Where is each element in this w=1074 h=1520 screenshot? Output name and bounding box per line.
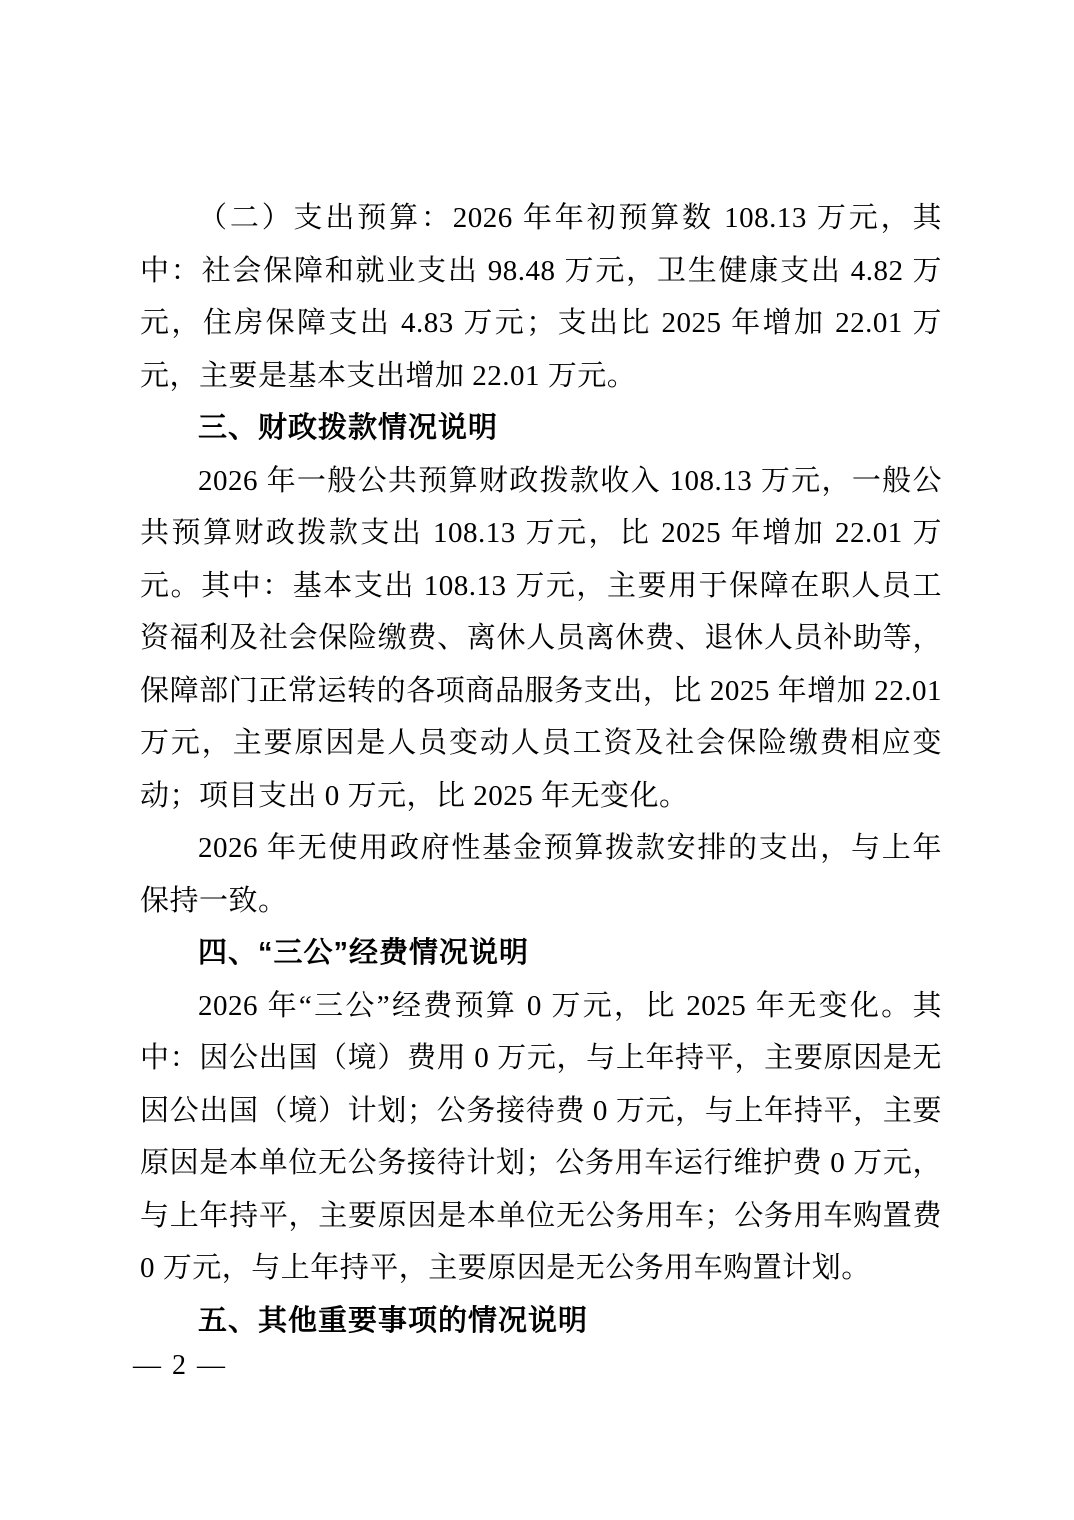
document-page-background: { "page": { "background_color": "#ffffff… <box>0 0 1074 1520</box>
body-paragraph: 2026 年“三公”经费预算 0 万元，比 2025 年无变化。其中：因公出国（… <box>140 980 942 1295</box>
document-content: （二）支出预算：2026 年年初预算数 108.13 万元，其中：社会保障和就业… <box>140 192 942 1347</box>
document-page: （二）支出预算：2026 年年初预算数 108.13 万元，其中：社会保障和就业… <box>0 0 1074 1520</box>
body-paragraph: （二）支出预算：2026 年年初预算数 108.13 万元，其中：社会保障和就业… <box>140 192 942 402</box>
section-heading: 五、其他重要事项的情况说明 <box>140 1295 942 1348</box>
section-heading: 四、“三公”经费情况说明 <box>140 927 942 980</box>
section-heading: 三、财政拨款情况说明 <box>140 402 942 455</box>
body-paragraph: 2026 年无使用政府性基金预算拨款安排的支出，与上年保持一致。 <box>140 822 942 927</box>
page-number: — 2 — <box>133 1346 227 1386</box>
body-paragraph: 2026 年一般公共预算财政拨款收入 108.13 万元，一般公共预算财政拨款支… <box>140 455 942 823</box>
